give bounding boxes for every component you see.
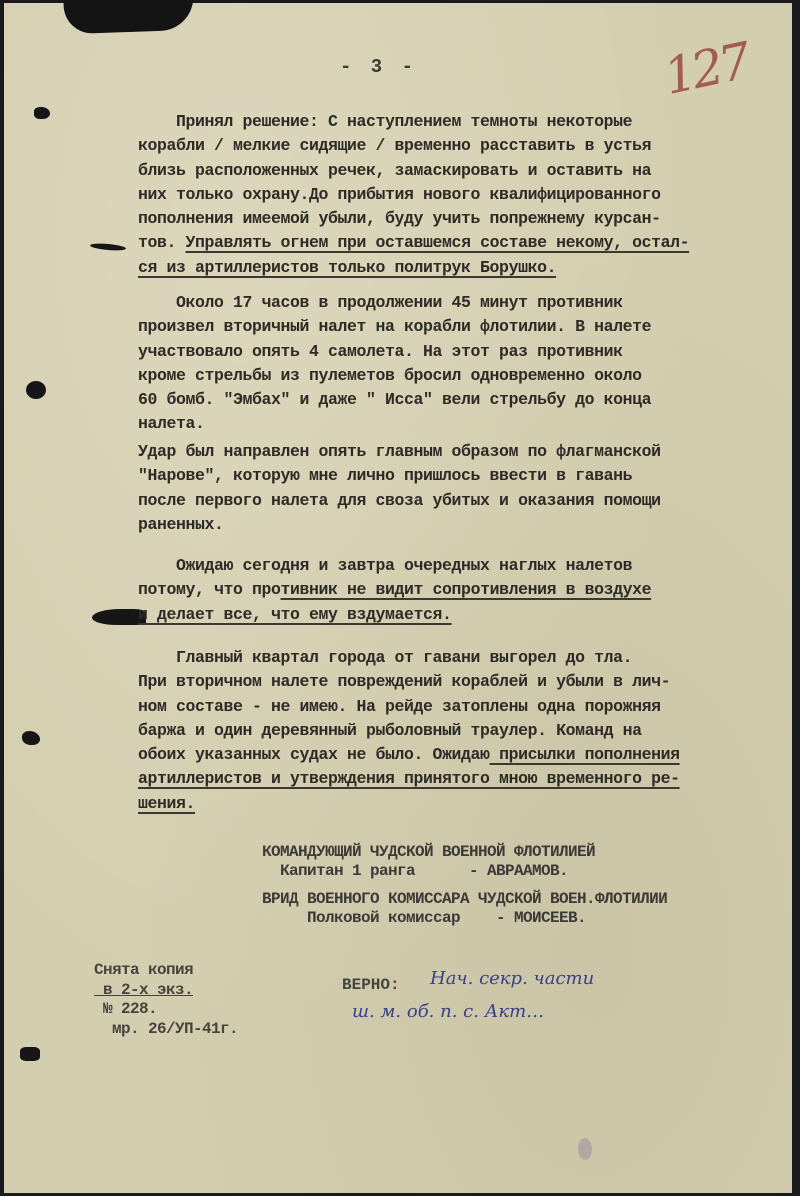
text-line: шения. bbox=[138, 792, 778, 816]
signature-rank-name: Полковой комиссар - МОИСЕЕВ. bbox=[262, 909, 586, 927]
ink-stain bbox=[578, 1138, 592, 1160]
signature-title: ВРИД ВОЕННОГО КОМИССАРА ЧУДСКОЙ ВОЕН.ФЛО… bbox=[262, 890, 667, 908]
signature-rank-name: Капитан 1 ранга - АВРААМОВ. bbox=[262, 862, 568, 880]
punch-hole bbox=[26, 381, 46, 399]
text-line: обоих указанных судах не было. Ожидаю пр… bbox=[138, 743, 778, 767]
text-line: Удар был направлен опять главным образом… bbox=[138, 440, 778, 464]
text-line: Около 17 часов в продолжении 45 минут пр… bbox=[138, 291, 778, 315]
text-line: произвел вторичный налет на корабли флот… bbox=[138, 315, 778, 339]
text-line: При вторичном налете повреждений корабле… bbox=[138, 670, 778, 694]
text-line: пополнения имеемой убыли, буду учить поп… bbox=[138, 207, 778, 231]
punch-hole bbox=[90, 242, 126, 251]
paragraph-damage: Главный квартал города от гавани выгорел… bbox=[138, 646, 778, 816]
text-line: ном составе - не имею. На рейде затоплен… bbox=[138, 695, 778, 719]
text-line: артиллеристов и утверждения принятого мн… bbox=[138, 767, 778, 791]
text-line: корабли / мелкие сидящие / временно расс… bbox=[138, 134, 778, 158]
text-line: Главный квартал города от гавани выгорел… bbox=[138, 646, 778, 670]
punch-hole bbox=[20, 1047, 40, 1061]
paragraph-strike: Удар был направлен опять главным образом… bbox=[138, 440, 778, 537]
text-line: после первого налета для своза убитых и … bbox=[138, 489, 778, 513]
text-line: "Нарове", которую мне лично пришлось вве… bbox=[138, 464, 778, 488]
handwritten-signature: ш. м. об. п. с. Акт… bbox=[352, 1001, 544, 1022]
text-line: кроме стрельбы из пулеметов бросил однов… bbox=[138, 364, 778, 388]
text-line: участвовало опять 4 самолета. На этот ра… bbox=[138, 340, 778, 364]
text-line: тов. Управлять огнем при оставшемся сост… bbox=[138, 231, 778, 255]
text-line: близь расположенных речек, замаскировать… bbox=[138, 159, 778, 183]
text-line: потому, что противник не видит сопротивл… bbox=[138, 578, 778, 602]
copy-note: Снята копия в 2-х экз. № 228. мр. 26/УП-… bbox=[94, 961, 238, 1039]
text-line: Ожидаю сегодня и завтра очередных наглых… bbox=[138, 554, 778, 578]
text-line: ся из артиллеристов только политрук Бору… bbox=[138, 256, 778, 280]
paragraph-second-raid: Около 17 часов в продолжении 45 минут пр… bbox=[138, 291, 778, 437]
signature-commissar: ВРИД ВОЕННОГО КОМИССАРА ЧУДСКОЙ ВОЕН.ФЛО… bbox=[262, 890, 667, 928]
text-line: 60 бомб. "Эмбах" и даже " Исса" вели стр… bbox=[138, 388, 778, 412]
text-line: баржа и один деревянный рыболовный траул… bbox=[138, 719, 778, 743]
signature-title: КОМАНДУЮЩИЙ ЧУДСКОЙ ВОЕННОЙ ФЛОТИЛИЕЙ bbox=[262, 843, 595, 861]
handwritten-note: Нач. секр. части bbox=[430, 968, 594, 989]
text-line: них только охрану.До прибытия нового ква… bbox=[138, 183, 778, 207]
certification-label: ВЕРНО: bbox=[342, 976, 400, 994]
ink-blot bbox=[63, 0, 194, 34]
text-line: Принял решение: С наступлением темноты н… bbox=[138, 110, 778, 134]
paragraph-decision: Принял решение: С наступлением темноты н… bbox=[138, 110, 778, 280]
signature-commander: КОМАНДУЮЩИЙ ЧУДСКОЙ ВОЕННОЙ ФЛОТИЛИЕЙ Ка… bbox=[262, 843, 595, 881]
text-line: налета. bbox=[138, 412, 778, 436]
text-line: и делает все, что ему вздумается. bbox=[138, 603, 778, 627]
punch-hole bbox=[34, 107, 50, 119]
text-line: раненных. bbox=[138, 513, 778, 537]
punch-hole bbox=[22, 731, 40, 745]
paragraph-expectation: Ожидаю сегодня и завтра очередных наглых… bbox=[138, 554, 778, 627]
page-number: - 3 - bbox=[340, 56, 417, 78]
